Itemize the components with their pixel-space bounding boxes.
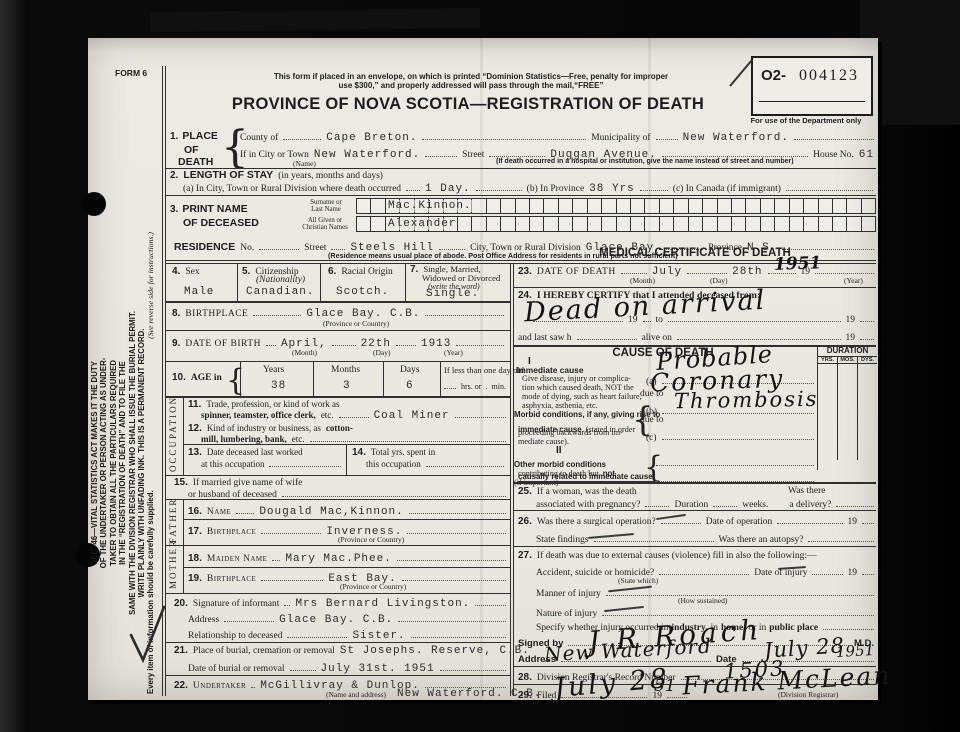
page-title: PROVINCE OF NOVA SCOTIA—REGISTRATION OF … [188, 95, 748, 114]
q11-line2b: etc. [321, 410, 334, 420]
q12-number: 12. [188, 423, 202, 434]
q10-hrs-label: hrs. or [461, 382, 481, 391]
q20-label: Signature of informant [193, 599, 280, 609]
name-box-cell [832, 217, 846, 231]
q27-nature-label: Nature of injury [536, 609, 597, 619]
q13-line1: Date deceased last worked [207, 447, 303, 457]
father-vertical-label: FATHER [168, 503, 178, 543]
name-box-cell [861, 217, 875, 231]
q2-b-label: (b) In Province [527, 184, 585, 194]
name-box-cell [702, 199, 716, 213]
q18-label: Maiden Name [207, 554, 268, 564]
q24-last-saw-label: and last saw h [518, 333, 572, 343]
name-box-cell [572, 199, 586, 213]
q4-value: Male [184, 286, 214, 298]
envelope-note-line2: use $300,” and properly addressed will p… [206, 81, 736, 90]
q2-b-value: 38 Yrs [589, 183, 635, 195]
name-box-cell [587, 199, 601, 213]
name-box-cell [745, 217, 759, 231]
q24-year2: 19 [846, 315, 856, 325]
q1-street-label: Street [462, 150, 484, 160]
sidebar-line: SEC. 46—VITAL STATISTICS ACT MAKES IT TH… [90, 232, 99, 694]
envelope-note-line1: This form if placed in an envelope, on w… [206, 72, 736, 81]
q22-note: (Name and address) [326, 690, 386, 699]
q29-number: 29. [518, 690, 532, 701]
q23-day: 28th [732, 266, 762, 278]
name-box-cell [818, 217, 832, 231]
q18-number: 18. [188, 553, 202, 564]
q3-surname-value: Mac.Kinnon. [388, 200, 472, 212]
scanned-death-registration: { "header": { "form_label": "FORM 6", "e… [0, 0, 960, 732]
q23-month: July [652, 266, 682, 278]
name-box-cell [515, 217, 529, 231]
q24-to-label: to [656, 315, 663, 325]
q12-line2b: etc. [292, 434, 305, 444]
q12-line2: mill, lumbering, bank, [201, 434, 287, 444]
cause-immediate-text1: Give disease, injury or complica- [522, 374, 631, 383]
q21-label: Place of burial, cremation or removal [193, 646, 335, 656]
q26-number: 26. [518, 516, 532, 527]
q23-year-note: (Year) [844, 276, 863, 285]
q8-note: (Province or Country) [323, 319, 389, 328]
q21-date-value: July 31st. 1951 [321, 663, 435, 675]
q4-label: Sex [185, 267, 199, 277]
q27-injury-date-label: Date of injury [754, 568, 807, 578]
name-box-cell [558, 217, 572, 231]
q2-a-value: 1 Day. [425, 183, 471, 195]
q27-sustained-note: (How sustained) [678, 596, 727, 605]
name-box-cell [818, 199, 832, 213]
q9-year-note: (Year) [444, 348, 463, 357]
q24-alive-label: alive on [642, 333, 672, 343]
name-box-cell [370, 199, 384, 213]
q8-number: 8. [172, 308, 180, 319]
q14-number: 14. [352, 447, 366, 458]
q27-specify-public-place: public place [769, 623, 818, 633]
sidebar-line: OF THE UNDERTAKER OR PERSON ACTING AS UN… [99, 232, 108, 694]
q3-label1: PRINT NAME [182, 203, 247, 215]
q19-label: Birthplace [207, 574, 256, 584]
q23-label: DATE OF DEATH [537, 267, 616, 277]
name-box-cell [717, 217, 731, 231]
duration-yrs-label: YRS. [818, 357, 837, 363]
q9-month-note: (Month) [292, 348, 317, 357]
q10-days-label: Days [400, 365, 420, 375]
q27-intro: If death was due to external causes (vio… [537, 551, 817, 561]
q25-duration-label: Duration [674, 500, 708, 510]
q24-year1: 19 [628, 315, 638, 325]
name-box-cell [529, 217, 543, 231]
form-number-label: FORM 6 [115, 68, 147, 78]
q1-label-of: OF [184, 144, 218, 156]
name-box-cell [500, 217, 514, 231]
q2-c-label: (c) In Canada (if immigrant) [673, 184, 781, 194]
q27-number: 27. [518, 550, 532, 561]
q1-number: 1. [170, 131, 178, 142]
q6-label: Racial Origin [341, 267, 392, 277]
q20-informant-value: Mrs Bernard Livingston. [295, 598, 470, 610]
q5-label2: (Nationality) [256, 275, 305, 285]
q3-given-label2: Christian Names [296, 224, 354, 231]
q21-number: 21. [174, 645, 188, 656]
q23-number: 23. [518, 266, 532, 277]
q9-label: DATE OF BIRTH [185, 339, 261, 349]
q1-municipality-value: New Waterford. [683, 132, 789, 144]
q2-label-note: (in years, months and days) [278, 171, 383, 181]
name-box-cell [558, 199, 572, 213]
duration-header: DURATION [818, 345, 877, 357]
name-box-cell [572, 217, 586, 231]
name-box-cell [659, 199, 673, 213]
name-box-cell [471, 217, 485, 231]
q23-day-note: (Day) [710, 276, 728, 285]
q8-label: BIRTHPLACE [185, 309, 248, 319]
name-box-cell [673, 217, 687, 231]
q1-label-death: DEATH [178, 156, 218, 168]
q4-number: 4. [172, 266, 180, 277]
q5-value: Canadian. [246, 286, 314, 298]
sidebar-reverse-note: (See reverse side for instructions.) [146, 232, 155, 339]
name-box-cell [486, 199, 500, 213]
q3-given-label: All Given or [296, 217, 354, 224]
q29-division-registrar-note: (Division Registrar) [778, 690, 838, 699]
q10-less-label: If less than one day old [444, 365, 524, 375]
q10-years-value: 38 [271, 380, 286, 392]
q20-relationship-value: Sister. [352, 630, 405, 642]
q18-value: Mary Mac.Phee. [285, 553, 391, 565]
q27-state-note: (State which) [618, 576, 658, 585]
registration-number-prefix: O2- [761, 67, 786, 84]
document-paper: SEC. 46—VITAL STATISTICS ACT MAKES IT TH… [88, 38, 878, 700]
q6-value: Scotch. [336, 286, 389, 298]
q14-line1: Total yrs. spent in [371, 447, 435, 457]
q26-autopsy-label: Was there an autopsy? [719, 535, 804, 545]
q19-note: (Province or Country) [340, 582, 406, 591]
name-box-cell [543, 199, 557, 213]
name-box-cell [601, 199, 615, 213]
registration-number-box: O2- 004123 [751, 56, 873, 116]
q10-days-value: 6 [406, 380, 414, 392]
q7-value: Single. [426, 288, 479, 300]
q25-number: 25. [518, 486, 532, 497]
q3-label2: OF DECEASED [183, 217, 259, 229]
q3-given-value: Alexander [388, 218, 456, 230]
name-box-cell [731, 217, 745, 231]
name-box-cell [803, 217, 817, 231]
name-box-cell [861, 199, 875, 213]
q26-label: Was there a surgical operation? [537, 517, 656, 527]
q26-date-label: Date of operation [706, 517, 772, 527]
q26-findings-label: State findings [536, 535, 589, 545]
name-box-cell [702, 217, 716, 231]
name-box-cell [601, 217, 615, 231]
cause-immediate-text2: tion which caused death, NOT the [522, 383, 634, 392]
name-box-cell [673, 199, 687, 213]
signed-year-handwritten: 1951 [836, 643, 875, 660]
name-box-cell [688, 199, 702, 213]
sidebar-line: TAKER TO OBTAIN ALL THE PARTICULARS REQU… [109, 232, 118, 694]
duration-dys-label: DYS. [857, 357, 877, 363]
q10-months-label: Months [331, 365, 360, 375]
q29-filed-year-handwritten: 51 [654, 678, 676, 695]
q7-number: 7. [410, 264, 418, 275]
q1-house-label: House No. [813, 150, 854, 160]
q20-relationship-label: Relationship to deceased [188, 631, 282, 641]
q2-a-label: (a) In City, Town or Rural Division wher… [183, 184, 401, 194]
name-box-cell [774, 199, 788, 213]
duration-table: DURATION YRS. MOS. DYS. [817, 345, 877, 470]
name-box-cell [644, 199, 658, 213]
q9-number: 9. [172, 338, 180, 349]
name-box-cell [471, 199, 485, 213]
q23-month-note: (Month) [630, 276, 655, 285]
q17-note: (Province or Country) [338, 535, 404, 544]
medical-certificate-header: MEDICAL CERTIFICATE OF DEATH [514, 247, 876, 259]
q2-number: 2. [170, 170, 178, 181]
q2-label: LENGTH OF STAY [183, 169, 273, 181]
cause-immediate-text4: asphyxia, asthenia, etc. [522, 401, 598, 410]
q22-number: 22. [174, 680, 188, 691]
mother-vertical-label: MOTHER [168, 549, 178, 589]
q27-year: 19 [848, 568, 858, 578]
q25-was-there: Was there [788, 486, 825, 496]
name-box-cell [486, 217, 500, 231]
name-box-cell [688, 217, 702, 231]
name-box-cell [803, 199, 817, 213]
name-box-cell [630, 217, 644, 231]
q6-number: 6. [328, 266, 336, 277]
name-box-cell [357, 199, 370, 213]
q10-min-label: min. [492, 382, 506, 391]
residence-street-label: Street [304, 243, 326, 253]
name-box-cell [789, 199, 803, 213]
q29-filed-label: Filed [537, 691, 557, 701]
q22-label: Undertaker [193, 681, 246, 691]
q24-year3: 19 [846, 333, 856, 343]
q11-number: 11. [188, 399, 201, 410]
residence-no-label: No. [240, 243, 254, 253]
name-box-cell [659, 217, 673, 231]
cause-handwritten-thrombosis: Thrombosis [674, 389, 819, 413]
q26-year: 19 [848, 517, 858, 527]
q1-county-value: Cape Breton. [326, 132, 417, 144]
q17-number: 17. [188, 526, 202, 537]
q1-name-note: (Name) [293, 159, 316, 168]
q16-label: Name [207, 507, 231, 517]
name-box-cell [745, 199, 759, 213]
q16-value: Dougald Mac,Kinnon. [259, 506, 403, 518]
q20-number: 20. [174, 598, 188, 609]
name-box-cell [616, 199, 630, 213]
name-box-cell [832, 199, 846, 213]
q25-delivery-label: a delivery? [789, 500, 831, 510]
q1-house-value: 61 [859, 149, 874, 161]
q25-line1: If a woman, was the death [537, 487, 637, 497]
q21-date-label: Date of burial or removal [188, 664, 285, 674]
q10-number: 10. [172, 372, 186, 383]
department-note: For use of the Department only [736, 116, 876, 125]
q1-municipality-label: Municipality of [591, 133, 650, 143]
q21-place-value: St Josephs. Reserve, C.B. [340, 645, 530, 657]
name-box-cell [515, 199, 529, 213]
q10-months-value: 3 [343, 380, 351, 392]
name-box-cell [370, 217, 384, 231]
name-box-cell [846, 217, 860, 231]
q20-address-label: Address [188, 615, 219, 625]
name-box-cell [457, 217, 471, 231]
name-box-cell [644, 217, 658, 231]
q3-number: 3. [170, 204, 178, 215]
q20-address-value: Glace Bay. C.B. [279, 614, 393, 626]
duration-mos-label: MOS. [837, 357, 857, 363]
name-box-cell [630, 199, 644, 213]
q27-manner-label: Manner of injury [536, 589, 601, 599]
q10-brace: { [226, 363, 245, 398]
name-box-cell [543, 217, 557, 231]
name-box-cell [760, 199, 774, 213]
name-box-cell [846, 199, 860, 213]
name-box-cell [731, 199, 745, 213]
cause-morbid-text4: proceeding backwards from im- [518, 428, 623, 437]
q13-line2: at this occupation [201, 459, 264, 469]
name-box-cell [760, 217, 774, 231]
morbid-brace: { [632, 400, 654, 440]
name-box-cell [529, 199, 543, 213]
q11-value: Coal Miner [374, 410, 450, 422]
q14-line2: this occupation [366, 459, 421, 469]
name-box-cell [500, 199, 514, 213]
q11-line2: spinner, teamster, office clerk, [201, 410, 316, 420]
registration-number: 004123 [799, 67, 859, 85]
q10-label: AGE in [191, 373, 222, 383]
q15-number: 15. [174, 477, 188, 488]
q17-label: Birthplace [207, 527, 256, 537]
q28-number: 28. [518, 672, 532, 683]
name-box-cell [774, 217, 788, 231]
q10-years-label: Years [263, 365, 284, 375]
name-box-cell [587, 217, 601, 231]
q16-number: 16. [188, 506, 202, 517]
name-box-cell [717, 199, 731, 213]
q19-number: 19. [188, 573, 202, 584]
q3-surname-label2: Last Name [300, 206, 352, 213]
name-box-cell [616, 217, 630, 231]
scan-artifact-band [150, 8, 480, 33]
occupation-vertical-label: OCCUPATION [168, 400, 178, 472]
q9-day-note: (Day) [373, 348, 391, 357]
punch-hole [82, 192, 106, 216]
name-box-cell [789, 217, 803, 231]
q25-line2: associated with pregnancy? [536, 500, 640, 510]
q1-hospital-note: (If death occurred in a hospital or inst… [496, 158, 794, 165]
name-box-cell [357, 217, 370, 231]
q23-year-handwritten: 1951 [774, 255, 822, 274]
cause-immediate-text3: mode of dying, such as heart failure, [522, 392, 642, 401]
q3-surname-label: Surname or [300, 199, 352, 206]
residence-label: RESIDENCE [174, 241, 235, 253]
q1-city-value: New Waterford. [314, 149, 420, 161]
q1-label: PLACE [182, 130, 218, 142]
cause-other-text5: causally related to immediate cause. [518, 472, 655, 482]
q25-weeks-label: weeks. [742, 500, 768, 510]
q13-number: 13. [188, 447, 202, 458]
q5-number: 5. [242, 266, 250, 277]
q1-county-label: County of [240, 133, 278, 143]
